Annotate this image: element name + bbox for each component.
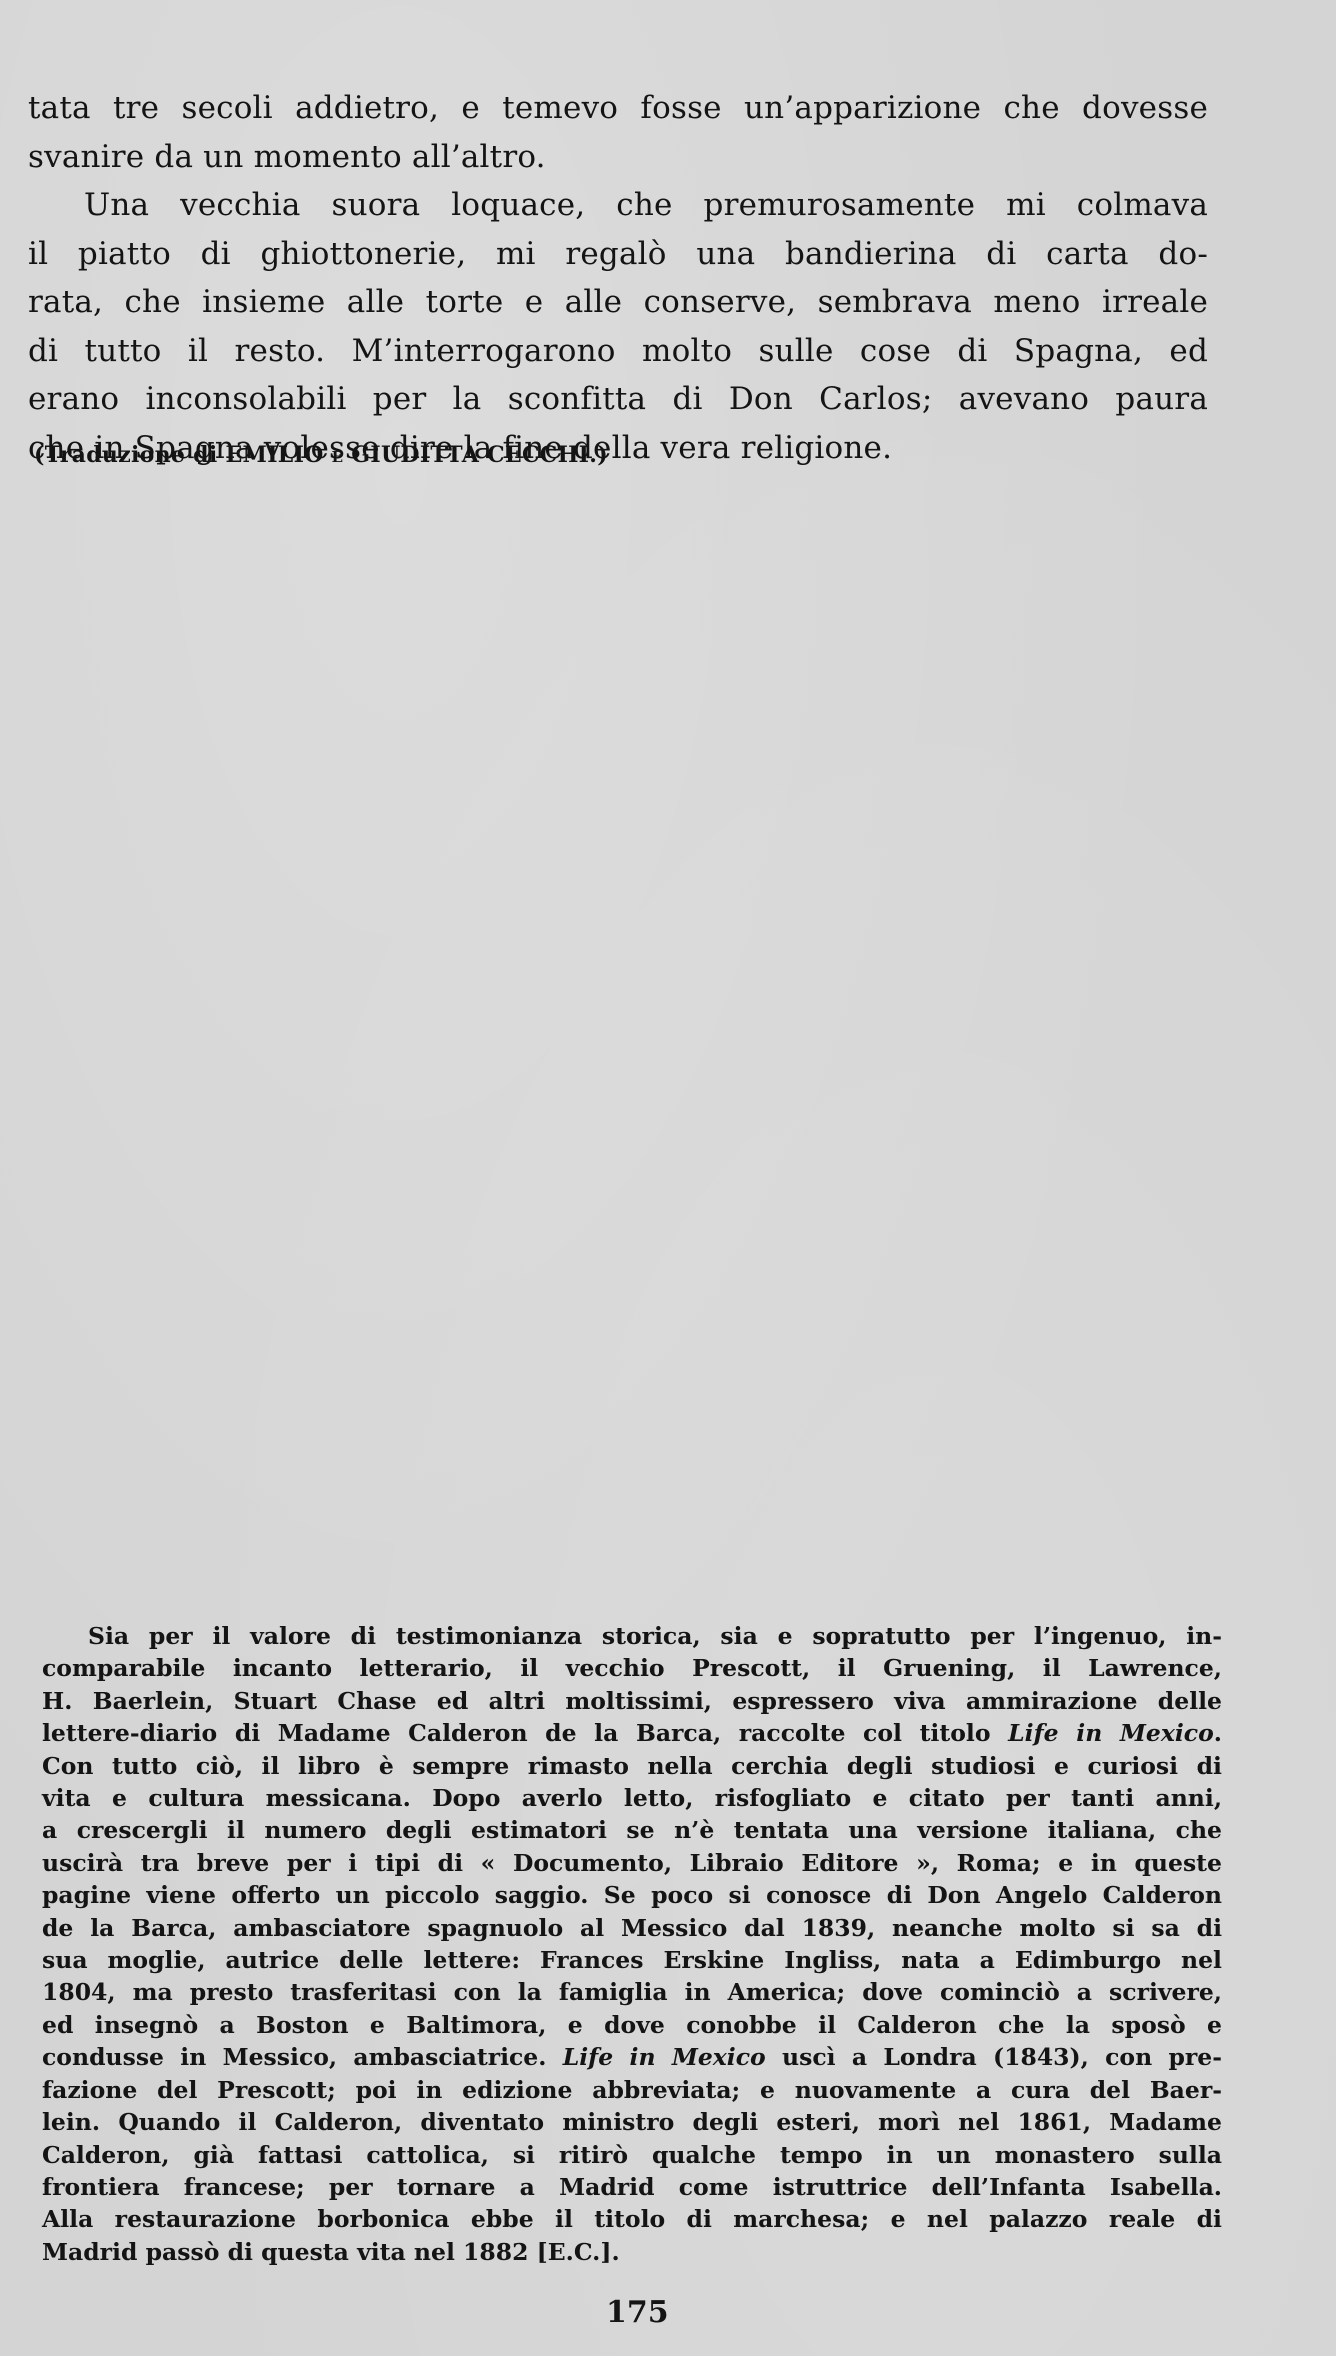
book-title: Life in Mexico [563,2043,766,2071]
note-line: ed insegnò a Boston e Baltimora, e dove … [42,2009,1222,2041]
note-line: de la Barca, ambasciatore spagnuolo al M… [42,1912,1222,1944]
text-line: tata tre secoli addietro, e temevo fosse… [28,84,1208,133]
note-line: Con tutto ciò, il libro è sempre rimasto… [42,1750,1222,1782]
text-line: Una vecchia suora loquace, che premurosa… [28,181,1208,230]
note-line: 1804, ma presto trasferitasi con la fami… [42,1976,1222,2008]
credit-prefix: (Traduzione di [34,442,225,468]
note-line-text: uscì a Londra (1843), con pre- [766,2043,1222,2071]
book-title: Life in Mexico [1008,1719,1214,1747]
note-line: comparabile incanto letterario, il vecch… [42,1652,1222,1684]
credit-suffix: ) [597,442,608,468]
note-line: Sia per il valore di testimonianza stori… [42,1620,1222,1652]
note-line-text: . [1214,1719,1222,1747]
note-line: a crescergli il numero degli estimatori … [42,1814,1222,1846]
note-line: condusse in Messico, ambasciatrice. Life… [42,2041,1222,2073]
note-line: lettere-diario di Madame Calderon de la … [42,1717,1222,1749]
note-line: vita e cultura messicana. Dopo averlo le… [42,1782,1222,1814]
note-line: frontiera francese; per tornare a Madrid… [42,2171,1222,2203]
note-line: lein. Quando il Calderon, diventato mini… [42,2106,1222,2138]
note-line: H. Baerlein, Stuart Chase ed altri molti… [42,1685,1222,1717]
editorial-note: Sia per il valore di testimonianza stori… [42,1620,1222,2268]
note-line: Madrid passò di questa vita nel 1882 [E.… [42,2236,1222,2268]
text-line: erano inconsolabili per la sconfitta di … [28,375,1208,424]
document-page: tata tre secoli addietro, e temevo fosse… [0,0,1336,2356]
note-line: Calderon, già fattasi cattolica, si riti… [42,2139,1222,2171]
text-line: svanire da un momento all’altro. [28,133,1208,182]
note-line: Alla restaurazione borbonica ebbe il tit… [42,2203,1222,2235]
note-line: fazione del Prescott; poi in edizione ab… [42,2074,1222,2106]
page-number: 175 [606,2295,669,2330]
text-line: di tutto il resto. M’interrogarono molto… [28,327,1208,376]
main-body-text: tata tre secoli addietro, e temevo fosse… [28,84,1208,472]
note-line: pagine viene offerto un piccolo saggio. … [42,1879,1222,1911]
note-line: sua moglie, autrice delle lettere: Franc… [42,1944,1222,1976]
translator-names: EMILIO e GIUDITTA CECCHI. [225,442,597,468]
note-line-text: condusse in Messico, ambasciatrice. [42,2043,563,2071]
note-line-text: lettere-diario di Madame Calderon de la … [42,1719,1008,1747]
translation-credit: (Traduzione di EMILIO e GIUDITTA CECCHI.… [34,442,608,468]
text-line: rata, che insieme alle torte e alle cons… [28,278,1208,327]
note-line: uscirà tra breve per i tipi di « Documen… [42,1847,1222,1879]
text-line: il piatto di ghiottonerie, mi regalò una… [28,230,1208,279]
